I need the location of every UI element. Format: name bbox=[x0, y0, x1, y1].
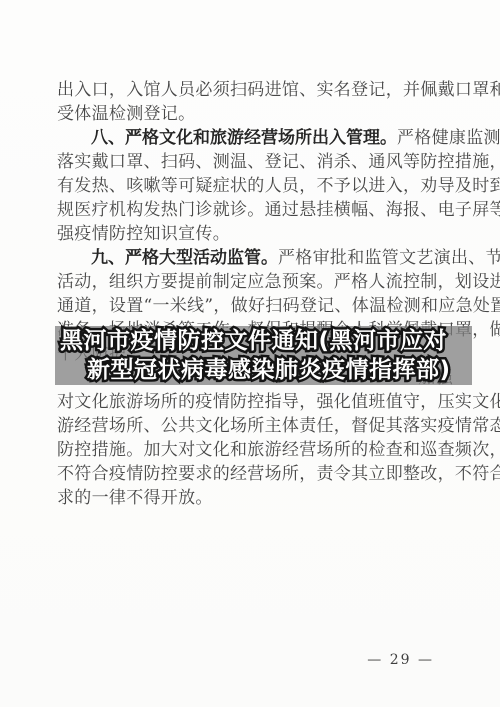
document-line: 受体温检测登记。 bbox=[57, 102, 453, 126]
banner-title-line-1: 黑河市疫情防控文件通知(黑河市应对 bbox=[60, 327, 472, 356]
document-line: 通道，设置“一米线”，做好扫码登记、体温检测和应急处置 bbox=[57, 294, 453, 318]
document-line: 规医疗机构发热门诊就诊。通过悬挂横幅、海报、电子屏等加 bbox=[57, 198, 453, 222]
document-line: 游经营场所、公共文化场所主体责任，督促其落实疫情常态化 bbox=[57, 414, 453, 438]
section-heading-9: 九、严格大型活动监管。 bbox=[91, 248, 278, 268]
document-line: 八、严格文化和旅游经营场所出入管理。严格健康监测， bbox=[57, 126, 453, 150]
document-line: 九、严格大型活动监管。严格审批和监管文艺演出、节庆 bbox=[57, 246, 453, 270]
document-line: 出入口，入馆人员必须扫码进馆、实名登记，并佩戴口罩和接 bbox=[57, 78, 453, 102]
document-line: 有发热、咳嗽等可疑症状的人员，不予以进入，劝导及时到正 bbox=[57, 174, 453, 198]
document-line: 落实戴口罩、扫码、测温、登记、消杀、通风等防控措施，对 bbox=[57, 150, 453, 174]
document-line-text: 严格健康监测， bbox=[397, 128, 500, 148]
page-number: — 29 — bbox=[367, 652, 434, 668]
document-page: 出入口，入馆人员必须扫码进馆、实名登记，并佩戴口罩和接 受体温检测登记。 八、严… bbox=[0, 0, 500, 707]
document-line-text: 严格审批和监管文艺演出、节庆 bbox=[278, 248, 500, 268]
document-line: 强疫情防控知识宣传。 bbox=[57, 222, 453, 246]
overlay-banner: 黑河市疫情防控文件通知(黑河市应对 新型冠状病毒感染肺炎疫情指挥部) bbox=[55, 326, 472, 385]
document-text-column: 出入口，入馆人员必须扫码进馆、实名登记，并佩戴口罩和接 受体温检测登记。 八、严… bbox=[57, 78, 453, 510]
document-line: 活动，组织方要提前制定应急预案。严格人流控制，划设进出 bbox=[57, 270, 453, 294]
section-heading-8: 八、严格文化和旅游经营场所出入管理。 bbox=[91, 128, 397, 148]
document-line: 防控措施。加大对文化和旅游经营场所的检查和巡查频次，对 bbox=[57, 438, 453, 462]
document-line: 求的一律不得开放。 bbox=[57, 486, 453, 510]
banner-title-line-2: 新型冠状病毒感染肺炎疫情指挥部) bbox=[87, 356, 472, 385]
document-line: 对文化旅游场所的疫情防控指导，强化值班值守，压实文化旅 bbox=[57, 390, 453, 414]
document-line: 不符合疫情防控要求的经营场所，责令其立即整改，不符合要 bbox=[57, 462, 453, 486]
